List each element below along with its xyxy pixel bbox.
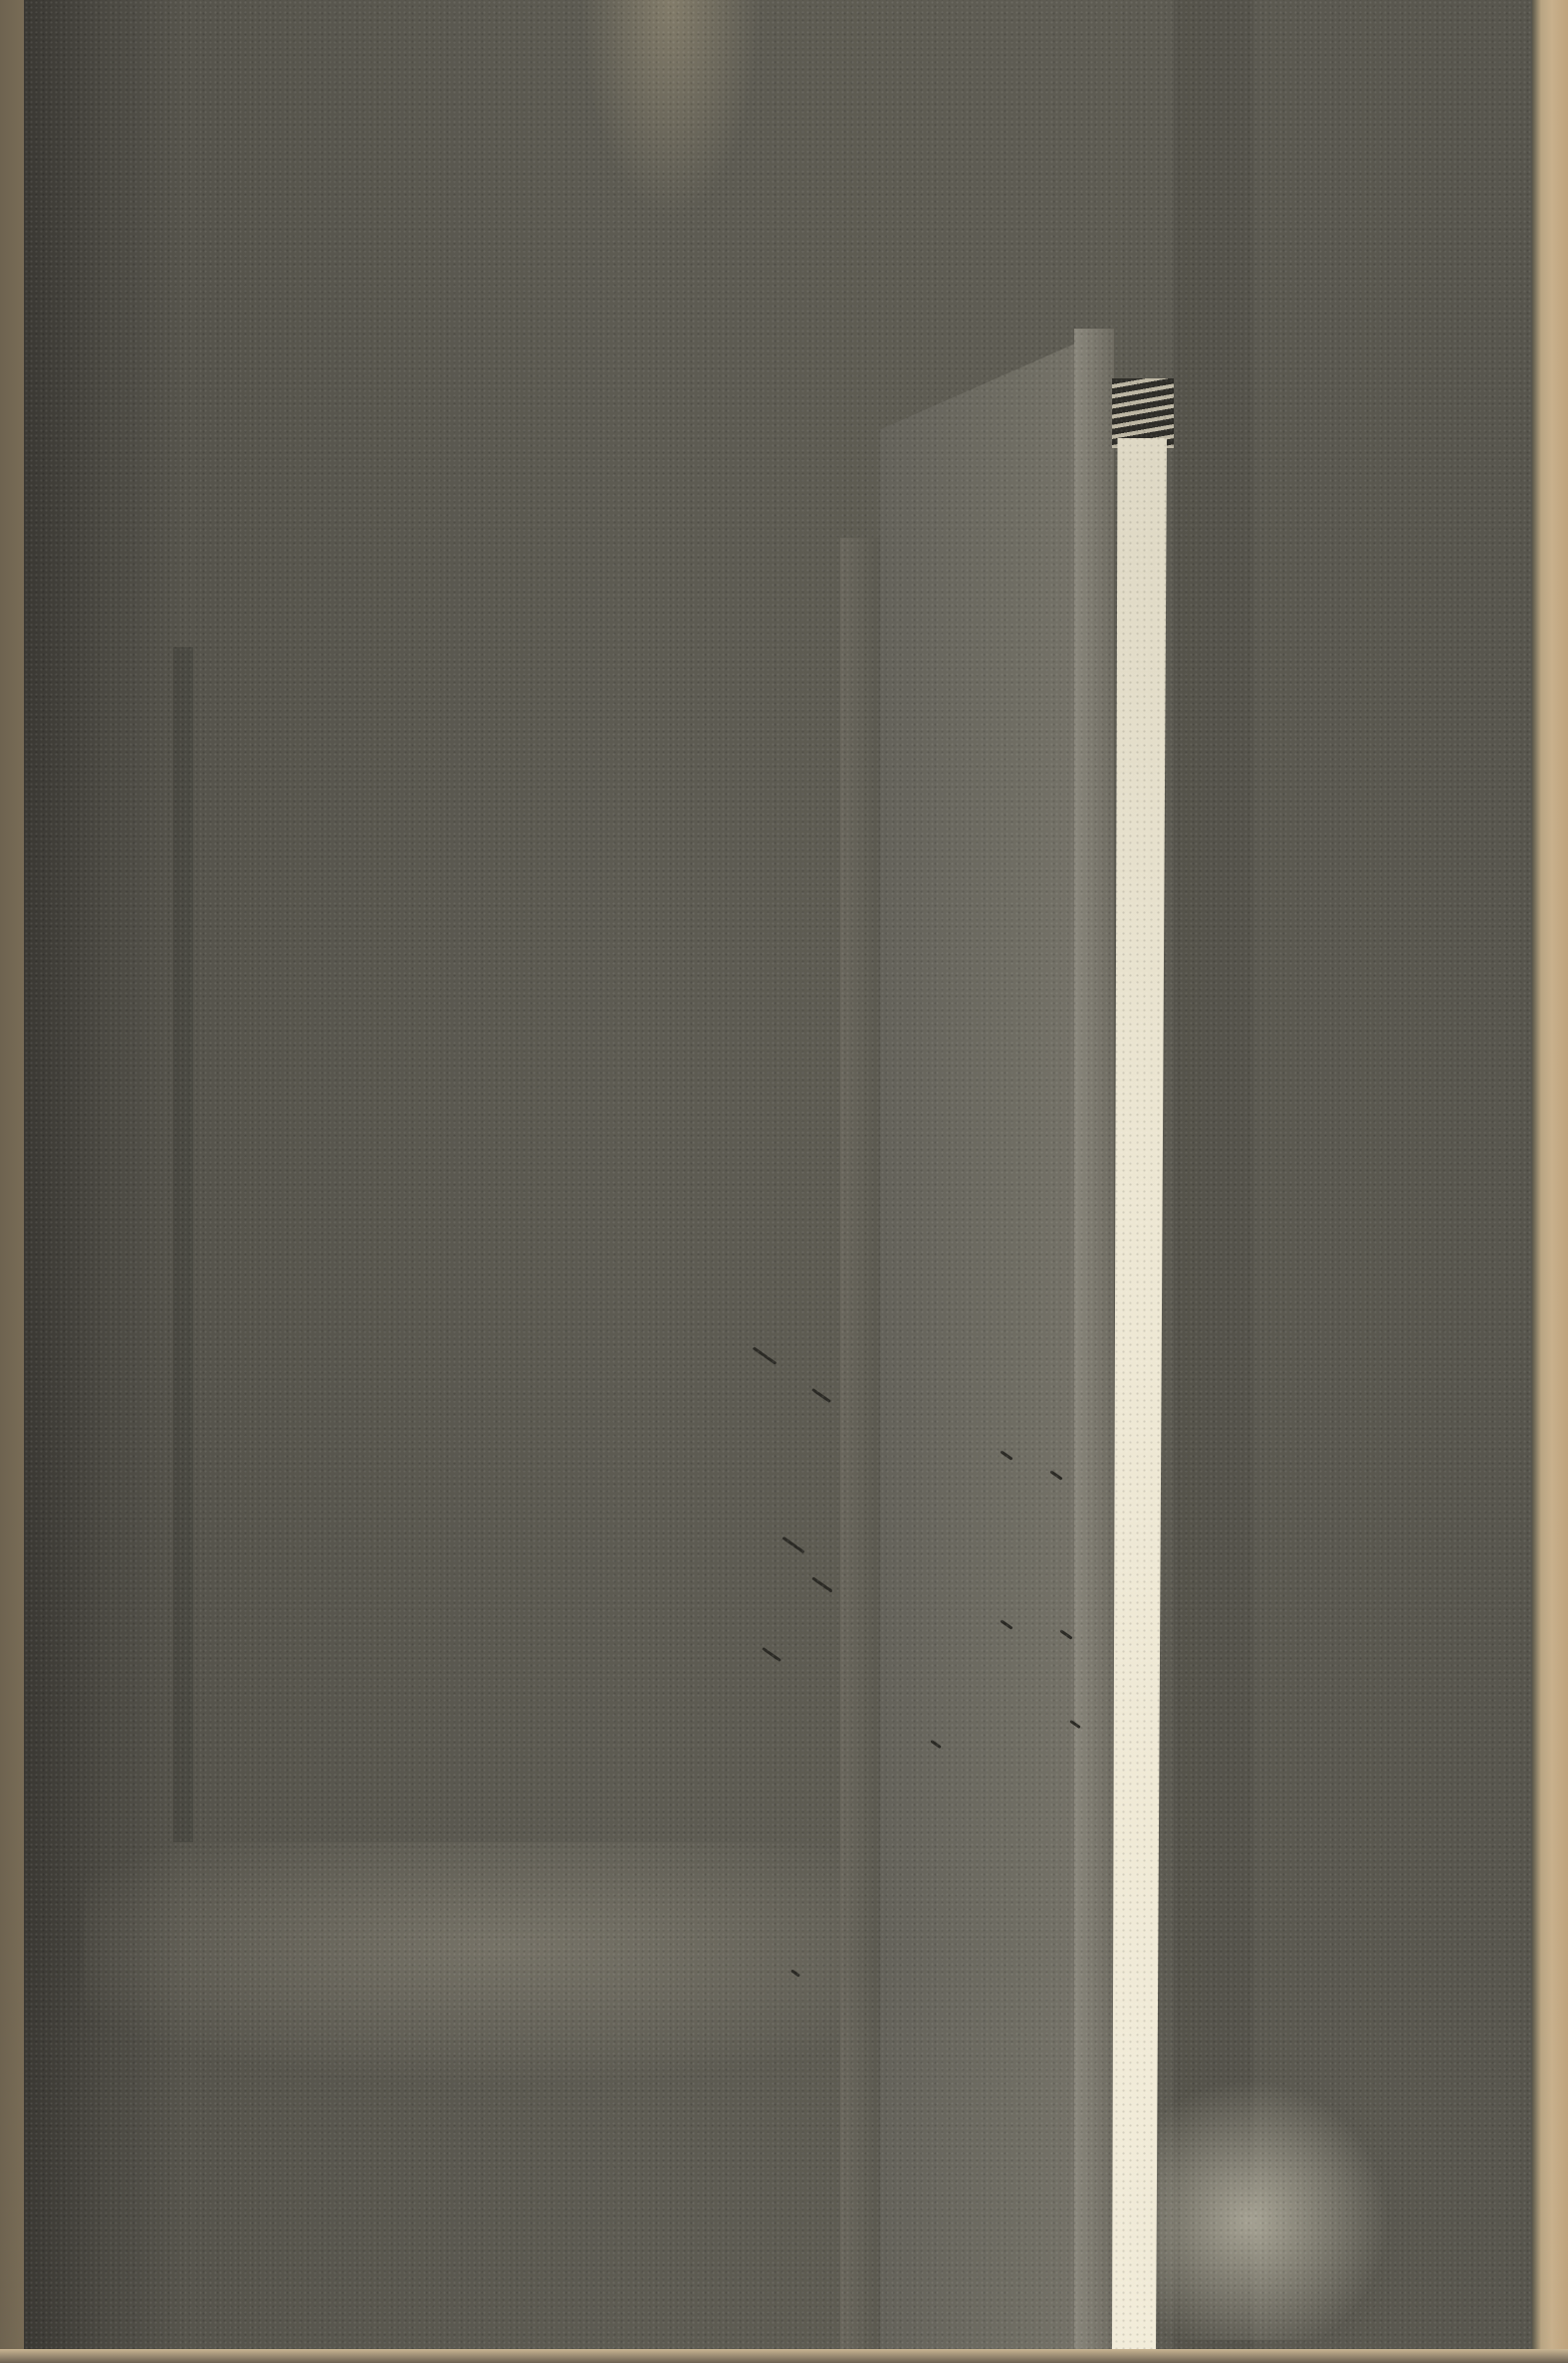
scanned-page	[0, 0, 1568, 2363]
photograph	[24, 0, 1533, 2350]
film-grain	[24, 0, 1533, 2350]
page-edge-bottom	[0, 2349, 1568, 2363]
page-edge-right	[1532, 0, 1568, 2363]
